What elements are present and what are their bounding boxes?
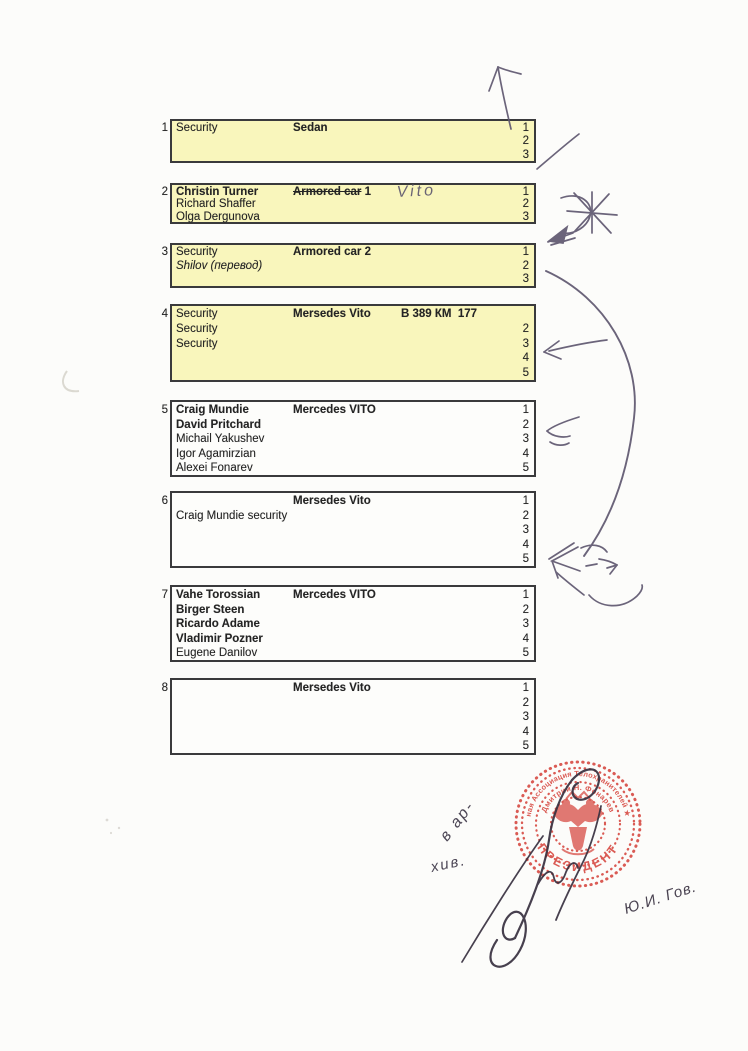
faint-margin-mark-icon	[63, 371, 79, 391]
passenger-name: Shilov (перевод)	[176, 260, 346, 274]
vehicle-block: 7Vahe TorossianBirger SteenRicardo Adame…	[170, 585, 536, 662]
left-arrow-mark-icon	[544, 340, 607, 359]
passenger-name: Security	[176, 322, 346, 337]
archive-note-line2: хив.	[428, 852, 468, 876]
stamp-outer-ring	[516, 762, 640, 886]
block-number: 7	[155, 588, 168, 603]
seat-number: 3	[509, 211, 529, 223]
passenger-name: Security	[176, 337, 346, 352]
stamp-title-text: ПРЕЗИДЕНТ	[534, 841, 621, 874]
seat-number: 2	[509, 135, 529, 148]
seat-number: 2	[509, 260, 529, 274]
document-page: 1SecuritySedan1232Christin TurnerRichard…	[0, 0, 748, 1051]
vehicle-block: 2Christin TurnerRichard ShafferOlga Derg…	[170, 183, 536, 224]
stamp-ring-text: ная Ассоциация Телохранителей ★	[524, 769, 633, 818]
seat-number: 1	[509, 681, 529, 696]
seat-number: 1	[509, 186, 529, 198]
seat-number: 1	[509, 246, 529, 260]
svg-text:ная Ассоциация Телохранителей: ная Ассоциация Телохранителей ★	[524, 769, 633, 818]
vehicle-block: 5Craig MundieDavid PritchardMichail Yaku…	[170, 400, 536, 477]
block-number: 5	[155, 403, 168, 418]
passenger-name: Vladimir Pozner	[176, 632, 346, 647]
vehicle-block: 4SecuritySecuritySecurityMersedes VitoВ …	[170, 304, 536, 382]
vehicle-block: 3SecurityShilov (перевод)Armored car 212…	[170, 243, 536, 288]
arrowhead-mark-icon	[548, 227, 575, 245]
long-curve-mark-icon	[546, 271, 635, 556]
block-number: 2	[155, 186, 168, 198]
vehicle-label: Mersedes Vito	[293, 307, 371, 322]
passenger-name: David Pritchard	[176, 418, 346, 433]
vehicle-label: Mersedes Vito	[293, 681, 371, 696]
vehicle-label: Armored car 1	[293, 186, 371, 198]
chevron-mark-icon	[547, 417, 579, 445]
vehicle-block: 1SecuritySedan123	[170, 119, 536, 163]
seat-number: 3	[509, 710, 529, 725]
passenger-name: Michail Yakushev	[176, 432, 346, 447]
block-number: 3	[155, 246, 168, 260]
seat-number: 4	[509, 351, 529, 366]
block-number: 4	[155, 307, 168, 322]
seat-number: 2	[509, 322, 529, 337]
vehicle-label: Sedan	[293, 122, 328, 135]
asterisk-mark-icon	[567, 192, 617, 233]
seat-number: 5	[509, 461, 529, 476]
vehicle-label-struck: Armored car	[293, 186, 361, 198]
seat-number: 2	[509, 696, 529, 711]
seat-number: 2	[509, 603, 529, 618]
seat-number: 3	[509, 432, 529, 447]
svg-text:Дмитрий Н. Фонарев: Дмитрий Н. Фонарев	[539, 783, 616, 814]
seat-number: 4	[509, 538, 529, 553]
seat-number: 2	[509, 509, 529, 524]
seat-number: 3	[509, 523, 529, 538]
archive-note-line1: в ар-	[437, 798, 479, 845]
seat-number: 1	[509, 403, 529, 418]
seat-number: 3	[509, 617, 529, 632]
seat-number: 2	[509, 418, 529, 433]
diagonal-stroke-mark-icon	[537, 134, 579, 169]
stamp-inner-ring	[536, 782, 620, 866]
vehicle-label: Mersedes Vito	[293, 494, 371, 509]
block-number: 8	[155, 681, 168, 696]
seat-number: 3	[509, 273, 529, 287]
passenger-name: Richard Shaffer	[176, 198, 346, 210]
passenger-name: Igor Agamirzian	[176, 447, 346, 462]
seat-number: 4	[509, 632, 529, 647]
handwritten-signature	[462, 769, 601, 966]
stamp-core-ring	[551, 797, 605, 851]
plate-number: В 389 КМ 177	[401, 307, 477, 322]
passenger-name: Eugene Danilov	[176, 646, 346, 661]
block-number: 1	[155, 122, 168, 135]
svg-text:ПРЕЗИДЕНТ: ПРЕЗИДЕНТ	[534, 841, 621, 874]
vehicle-label: Armored car 2	[293, 246, 371, 260]
passenger-name: Olga Dergunova	[176, 211, 346, 223]
vehicle-block: 8Mersedes Vito12345	[170, 678, 536, 755]
vehicle-label: Mercedes VITO	[293, 588, 376, 603]
vehicle-label: Mercedes VITO	[293, 403, 376, 418]
passenger-name: Craig Mundie security	[176, 509, 346, 524]
seat-number: 1	[509, 122, 529, 135]
seat-number: 4	[509, 447, 529, 462]
block-number: 6	[155, 494, 168, 509]
seat-number: 2	[509, 198, 529, 210]
seat-number: 3	[509, 149, 529, 162]
stamp-second-ring	[522, 768, 634, 880]
paper-specks	[106, 819, 121, 835]
seat-number: 5	[509, 552, 529, 567]
stamp-name-text: Дмитрий Н. Фонарев	[539, 783, 616, 814]
passenger-name: Alexei Fonarev	[176, 461, 346, 476]
curve-end-scribble-icon	[549, 543, 642, 606]
passenger-name: Ricardo Adame	[176, 617, 346, 632]
seat-number: 5	[509, 366, 529, 381]
seat-number: 5	[509, 646, 529, 661]
seat-number: 1	[509, 588, 529, 603]
seat-number: 4	[509, 725, 529, 740]
eagle-emblem-icon	[553, 792, 603, 854]
passenger-name: Birger Steen	[176, 603, 346, 618]
vehicle-block: 6Craig Mundie securityMersedes Vito12345	[170, 491, 536, 568]
seat-number: 1	[509, 494, 529, 509]
vehicle-label-rest: 1	[361, 186, 371, 198]
d-arc-mark-icon	[561, 196, 591, 233]
seat-number: 5	[509, 739, 529, 754]
stamp-seal: ная Ассоциация Телохранителей ★ Дмитрий …	[516, 762, 640, 886]
initials-note: Ю.И. Гов.	[622, 878, 699, 917]
seat-number: 3	[509, 337, 529, 352]
